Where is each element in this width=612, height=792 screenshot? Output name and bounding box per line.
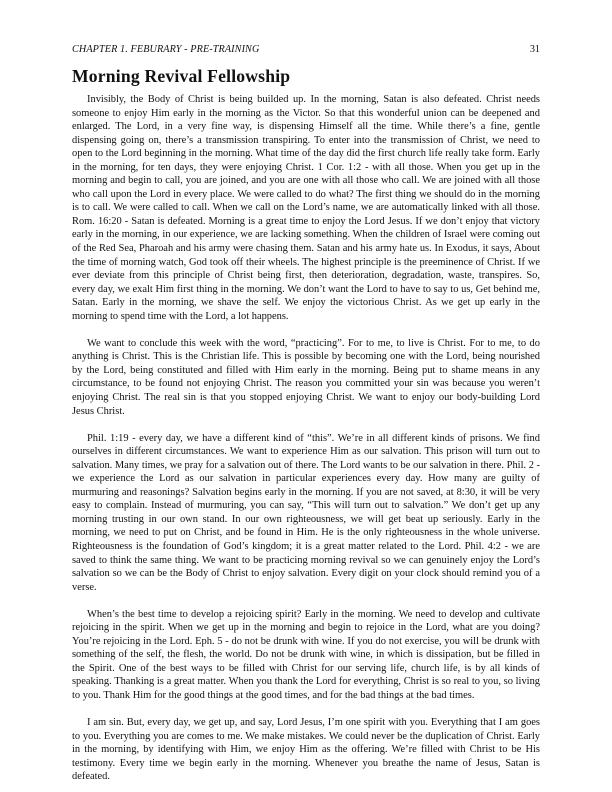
body-text: Invisibly, the Body of Christ is being b… (72, 93, 540, 792)
paragraph: Phil. 1:19 - every day, we have a differ… (72, 432, 540, 595)
page-number: 31 (530, 44, 540, 55)
running-header: CHAPTER 1. FEBURARY - PRE-TRAINING 31 (72, 44, 540, 58)
chapter-heading: CHAPTER 1. FEBURARY - PRE-TRAINING (72, 44, 259, 55)
paragraph: Invisibly, the Body of Christ is being b… (72, 93, 540, 323)
paragraph: I am sin. But, every day, we get up, and… (72, 716, 540, 784)
paragraph: We want to conclude this week with the w… (72, 337, 540, 418)
section-title: Morning Revival Fellowship (72, 66, 290, 87)
paragraph: When’s the best time to develop a rejoic… (72, 608, 540, 703)
